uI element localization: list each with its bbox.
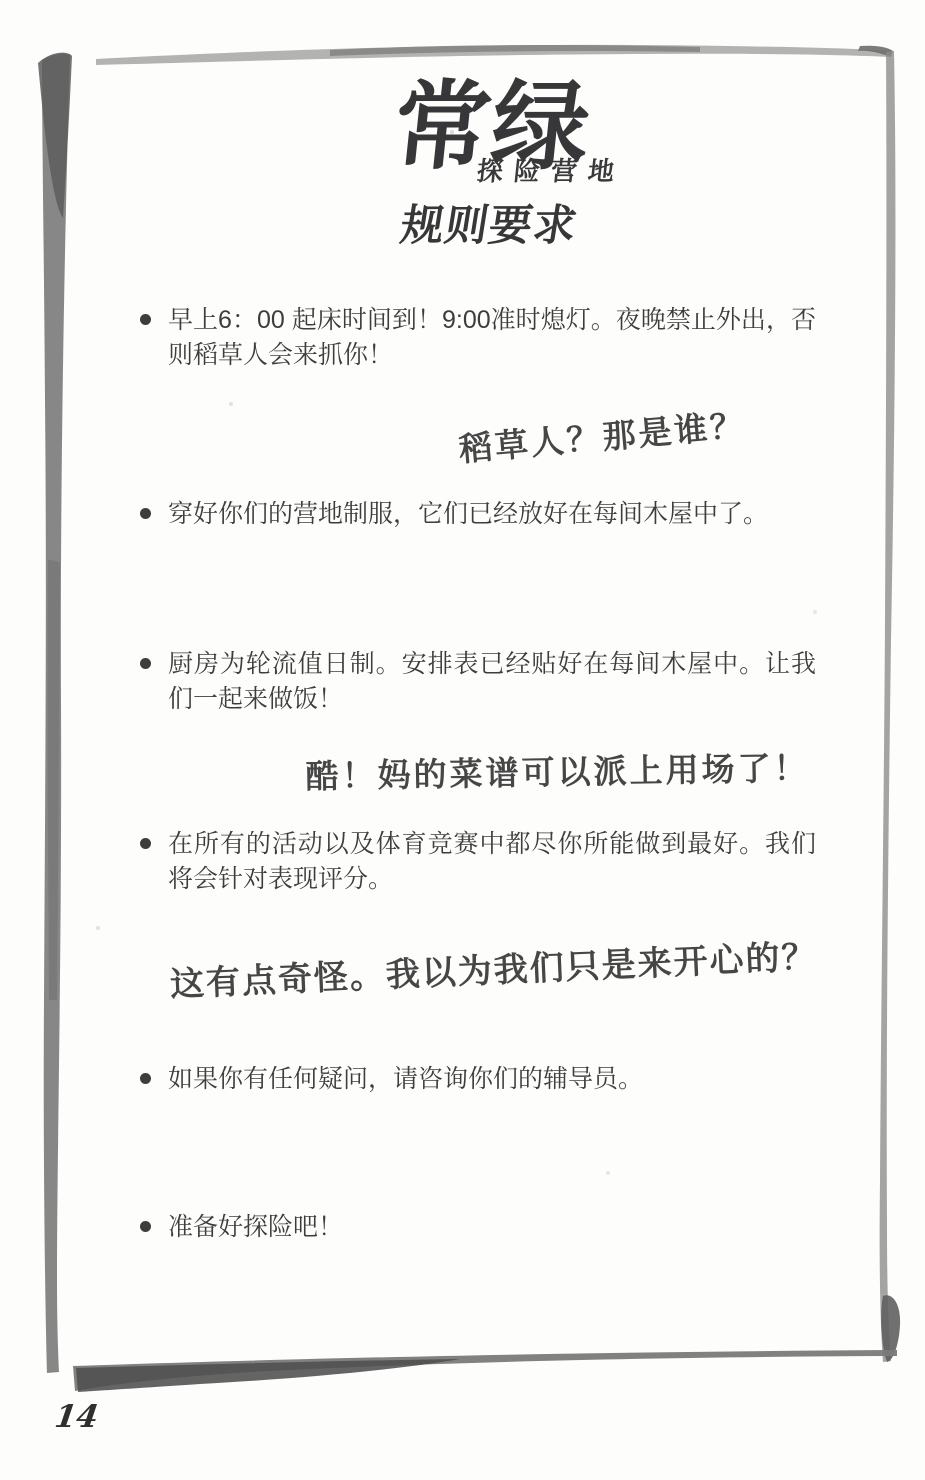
rule-item-ready: 准备好探险吧！ <box>168 1210 568 1245</box>
rule-text: 准备好探险吧！ <box>168 1213 343 1241</box>
bullet-dot <box>140 508 151 519</box>
rule-item-competition: 在所有的活动以及体育竞赛中都尽你所能做到最好。我们将会针对表现评分。 <box>168 827 816 897</box>
rule-text: 在所有的活动以及体育竞赛中都尽你所能做到最好。我们将会针对表现评分。 <box>168 830 816 893</box>
bullet-dot <box>140 1221 151 1232</box>
rule-text: 穿好你们的营地制服，它们已经放好在每间木屋中了。 <box>168 500 768 528</box>
rule-item-wakeup: 早上6：00 起床时间到！9:00准时熄灯。夜晚禁止外出，否则稻草人会来抓你！ <box>168 303 816 373</box>
rule-item-uniform: 穿好你们的营地制服，它们已经放好在每间木屋中了。 <box>168 497 816 532</box>
camp-rules-page: 常绿 探险营地 规则要求 早上6：00 起床时间到！9:00准时熄灯。夜晚禁止外… <box>0 0 925 1480</box>
handwritten-note-strange: 这有点奇怪。我以为我们只是来开心的？ <box>169 929 819 1006</box>
rule-item-kitchen: 厨房为轮流值日制。安排表已经贴好在每间木屋中。让我们一起来做饭！ <box>168 647 816 717</box>
rule-text: 厨房为轮流值日制。安排表已经贴好在每间木屋中。让我们一起来做饭！ <box>168 650 816 713</box>
rule-text: 如果你有任何疑问，请咨询你们的辅导员。 <box>168 1065 643 1093</box>
page-content: 常绿 探险营地 规则要求 早上6：00 起床时间到！9:00准时熄灯。夜晚禁止外… <box>0 0 925 1480</box>
bullet-dot <box>140 658 151 669</box>
bullet-dot <box>140 1073 151 1084</box>
handwritten-note-recipes: 酷！妈的菜谱可以派上用场了！ <box>305 742 810 798</box>
rule-text: 早上6：00 起床时间到！9:00准时熄灯。夜晚禁止外出，否则稻草人会来抓你！ <box>168 306 816 369</box>
rule-item-questions: 如果你有任何疑问，请咨询你们的辅导员。 <box>168 1062 816 1097</box>
page-title: 规则要求 <box>397 204 580 249</box>
page-number: 14 <box>52 1399 100 1435</box>
camp-subtitle: 探险营地 <box>475 157 626 186</box>
bullet-dot <box>140 314 151 325</box>
handwritten-note-scarecrow: 稻草人？那是谁？ <box>457 399 748 471</box>
bullet-dot <box>140 838 151 849</box>
